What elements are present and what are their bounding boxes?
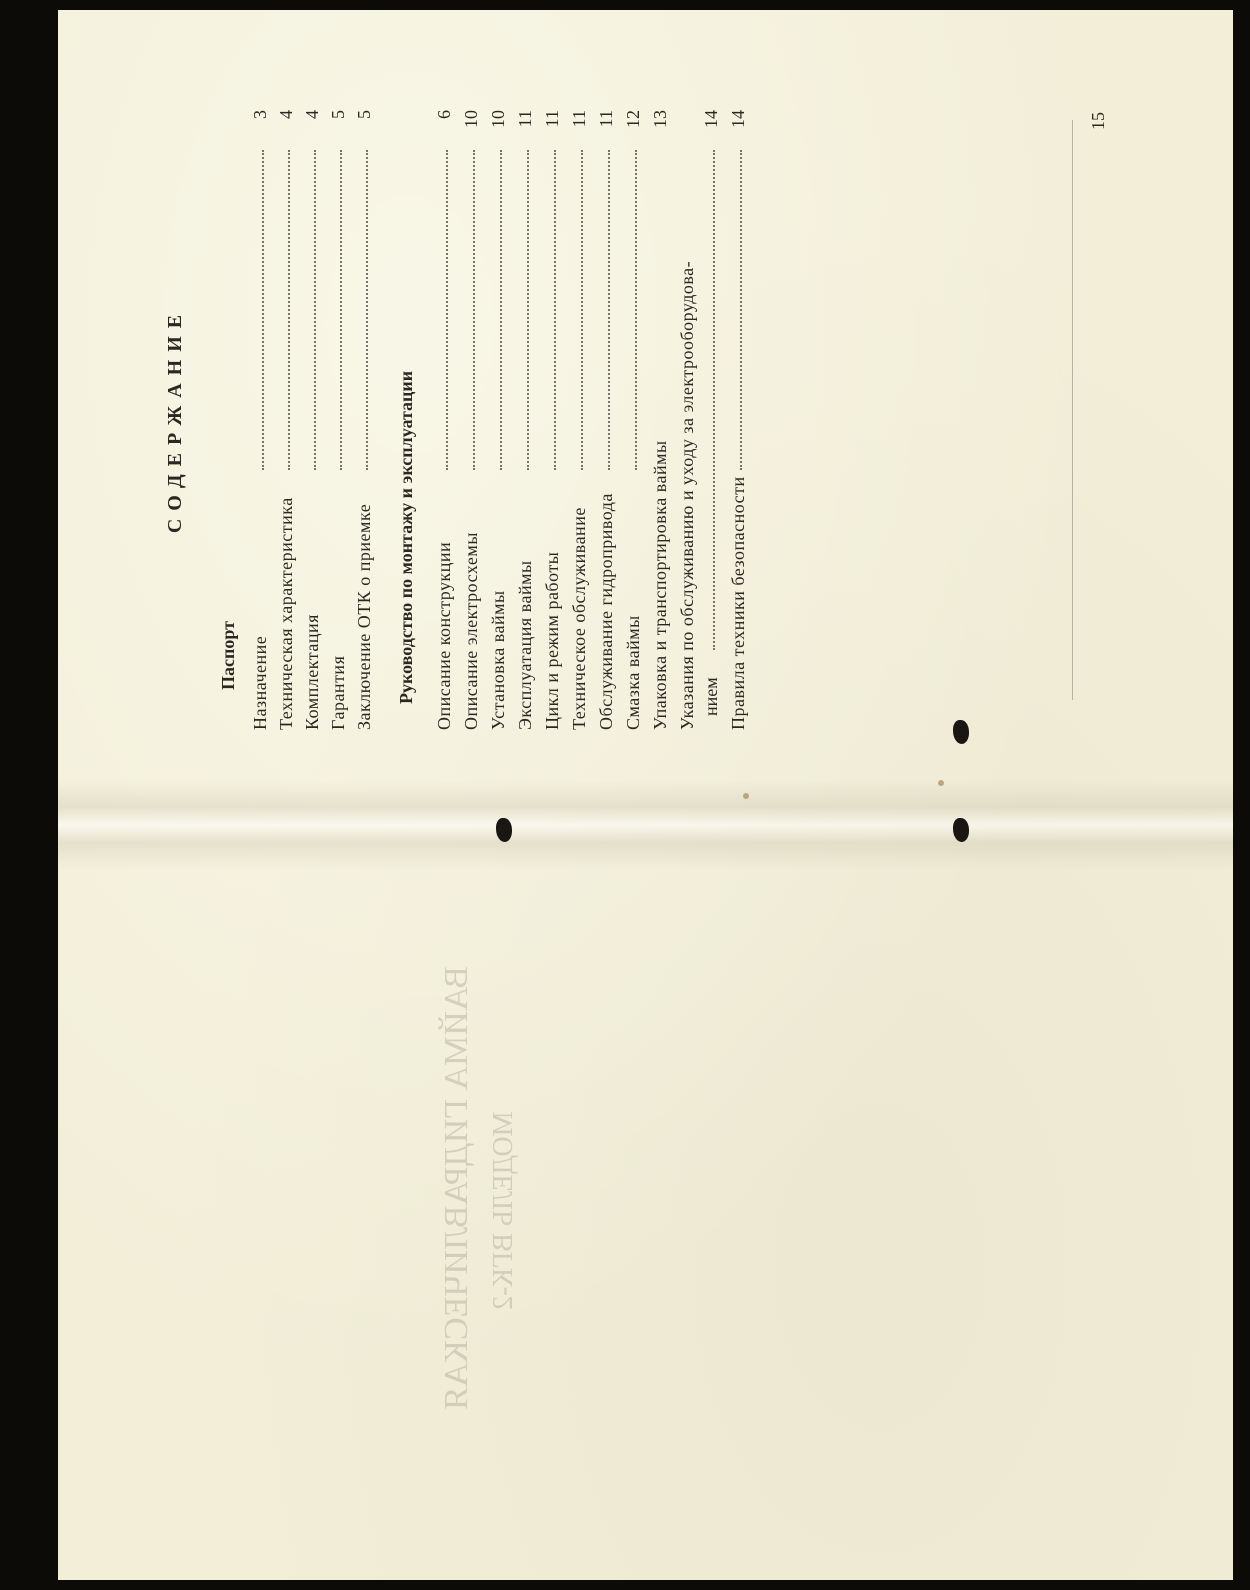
footer-rule (1072, 120, 1073, 700)
leader-dots (314, 150, 316, 470)
page-ref: 11 (515, 110, 536, 142)
leader-dots (554, 150, 556, 470)
toc-row[interactable]: Эксплуатация ваймы11 (515, 110, 541, 730)
leader-dots (527, 150, 529, 470)
toc-row[interactable]: Правила техники безопасности14 (728, 110, 754, 730)
leader-dots (608, 150, 610, 470)
leader-dots (262, 150, 264, 470)
page-ref: 14 (728, 110, 749, 142)
leader-dots (740, 150, 742, 470)
leader-dots (473, 150, 475, 470)
page-ref: 12 (623, 110, 644, 142)
toc-row[interactable]: Гарантия5 (328, 110, 354, 730)
leader-dots (446, 150, 448, 470)
page-ref: 11 (569, 110, 590, 142)
page-ref: 13 (650, 110, 671, 142)
page-ref: 6 (434, 110, 455, 142)
toc-row[interactable]: Техническая характеристика4 (276, 110, 302, 730)
punch-hole (953, 720, 969, 744)
toc-row[interactable]: Описание электросхемы10 (461, 110, 487, 730)
page-ref: 5 (354, 110, 375, 142)
toc-row[interactable]: Цикл и режим работы11 (542, 110, 568, 730)
page-ref: 4 (302, 110, 323, 142)
punch-hole (953, 818, 969, 842)
toc-row[interactable]: Упаковка и транспортировка ваймы13 (650, 110, 676, 730)
page-ref: 3 (250, 110, 271, 142)
stain (938, 780, 944, 786)
page-ref: 11 (542, 110, 563, 142)
page-ref: 14 (701, 110, 722, 142)
page-fold (58, 780, 1233, 870)
toc-row[interactable]: Указания по обслуживанию и уходу за элек… (677, 110, 727, 730)
toc-row[interactable]: Техническое обслуживание11 (569, 110, 595, 730)
toc-row[interactable]: Комплектация4 (302, 110, 328, 730)
leader-dots (635, 150, 637, 470)
leader-dots (366, 150, 368, 470)
leader-dots (713, 150, 715, 650)
page-ref: 10 (461, 110, 482, 142)
toc-row[interactable]: Описание конструкции6 (434, 110, 460, 730)
leader-dots (581, 150, 583, 470)
leader-dots (340, 150, 342, 470)
toc-row[interactable]: Обслуживание гидропривода11 (596, 110, 622, 730)
page-number: 15 (1088, 112, 1109, 130)
toc-row[interactable]: Заключение ОТК о приемке5 (354, 110, 380, 730)
toc-title: СОДЕРЖАНИЕ (164, 110, 187, 730)
section-heading-manual: Руководство по монтажу и эксплуатации (396, 371, 417, 704)
leader-dots (500, 150, 502, 470)
section-heading-passport: Паспорт (218, 621, 239, 690)
toc-row[interactable]: Смазка ваймы12 (623, 110, 649, 730)
page-ref: 4 (276, 110, 297, 142)
page-ref: 11 (596, 110, 617, 142)
page-ref: 10 (488, 110, 509, 142)
page-ref: 5 (328, 110, 349, 142)
leader-dots (288, 150, 290, 470)
stain (743, 793, 749, 799)
toc-row[interactable]: Установка ваймы10 (488, 110, 514, 730)
punch-hole (496, 818, 512, 842)
toc-row[interactable]: Назначение3 (250, 110, 276, 730)
